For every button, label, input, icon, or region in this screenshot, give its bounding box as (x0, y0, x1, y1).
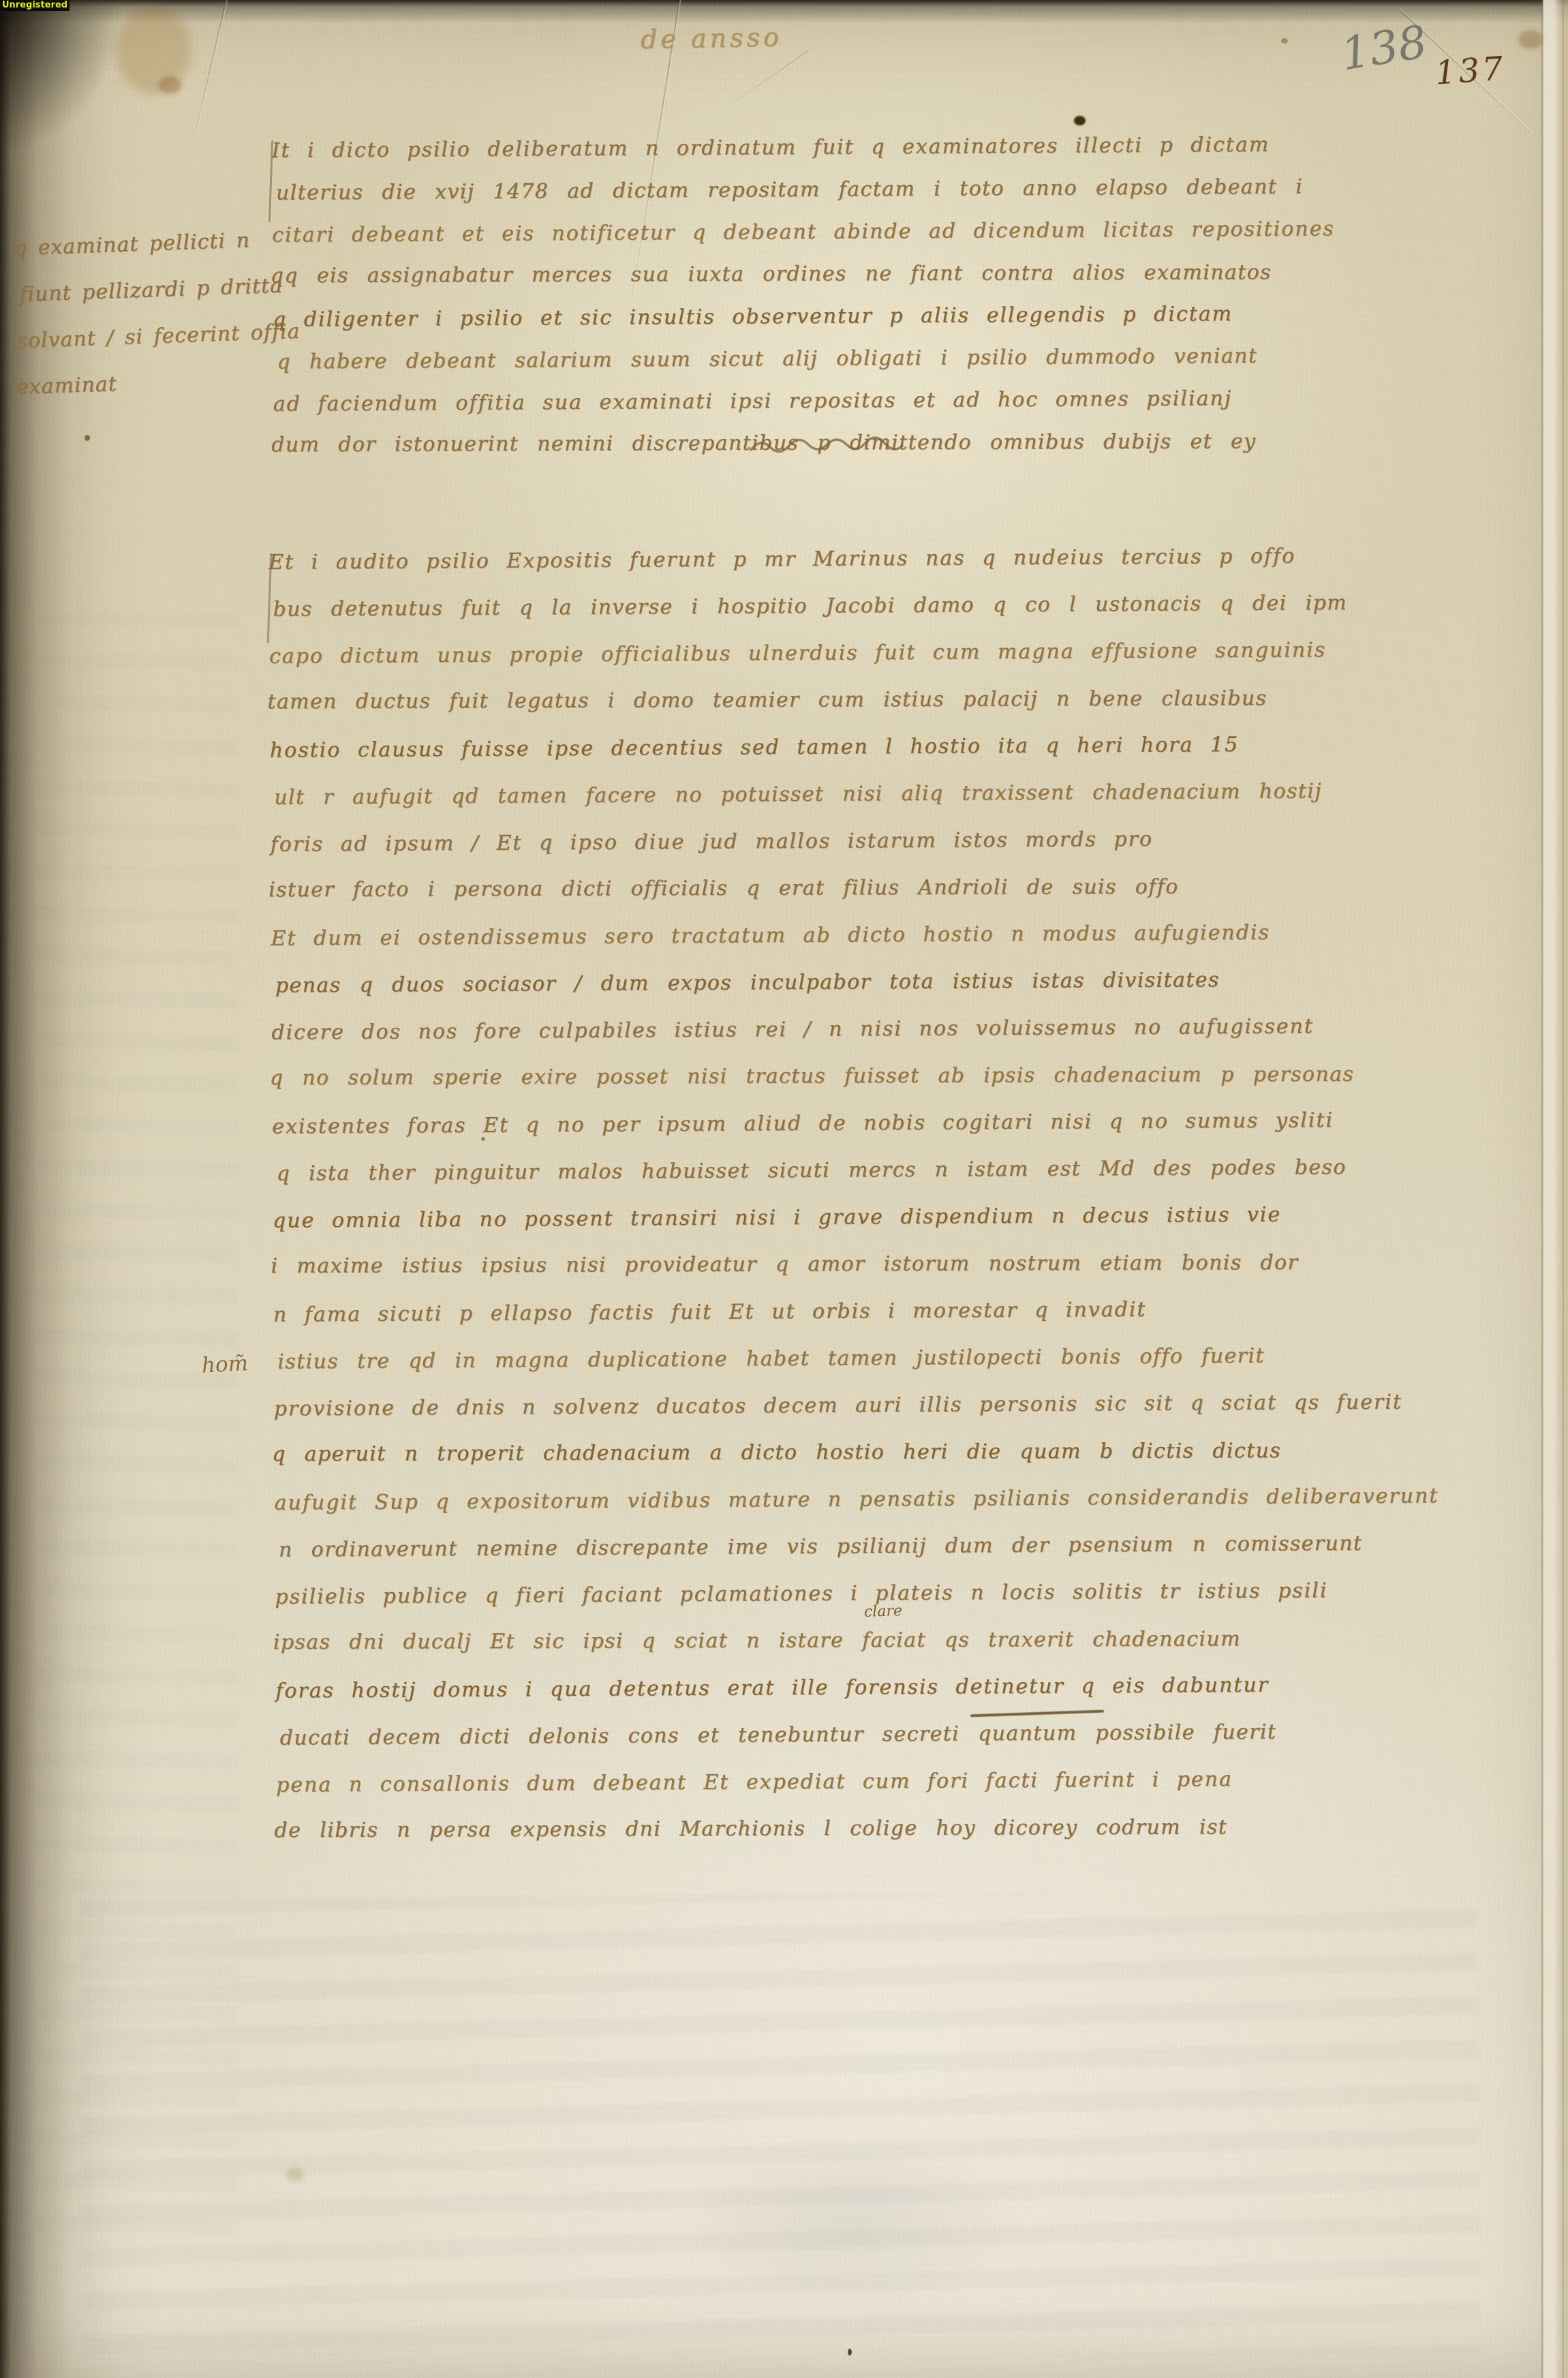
manuscript-line: pena n consallonis dum debeant Et expedi… (276, 1765, 1557, 1820)
margin-note-line: q examinat pellicti n (13, 230, 219, 283)
manuscript-line: ulterius die xvij 1478 ad dictam reposit… (276, 173, 1557, 223)
manuscript-line: dicere dos nos fore culpabiles istius re… (271, 1013, 1552, 1067)
page-edge-crease (1563, 0, 1564, 2378)
manuscript-line: q no solum sperie exire posset nisi trac… (270, 1062, 1551, 1114)
margin-word: hom̃ (201, 1351, 249, 1378)
manuscript-line: ducati decem dicti delonis cons et teneb… (280, 1718, 1561, 1773)
scanner-watermark: Unregistered (1, 0, 70, 11)
stain (1518, 30, 1543, 49)
manuscript-line: capo dictum unus propie officialibus uln… (269, 637, 1550, 691)
margin-note-line: fiunt pellizardi p dritta (19, 276, 225, 329)
manuscript-line: aufugit Sup q expositorum vidibus mature… (275, 1483, 1556, 1538)
verso-showthrough (34, 613, 239, 2249)
manuscript-scan: Unregistered de ansso 138 137 q examinat… (0, 0, 1568, 2378)
manuscript-line: q habere debeant salarium suum sicut ali… (277, 342, 1558, 392)
manuscript-line: ipsas dni ducalj Et sic ipsi q sciat n i… (273, 1626, 1554, 1678)
manuscript-page: Unregistered de ansso 138 137 q examinat… (0, 0, 1568, 2378)
manuscript-line: penas q duos sociasor / dum expos inculp… (275, 966, 1556, 1020)
manuscript-line: de libris n persa expensis dni Marchioni… (275, 1814, 1556, 1866)
margin-note-line: solvant / si fecerint offia (16, 322, 222, 376)
manuscript-line: Et i audito psilio Expositis fuerunt p m… (268, 543, 1550, 597)
manuscript-line: istuer facto i persona dicti officialis … (268, 874, 1550, 926)
manuscript-line: Et dum ei ostendissemus sero tractatum a… (271, 919, 1552, 973)
manuscript-line: qq eis assignabatur merces sua iuxta ord… (271, 260, 1552, 307)
manuscript-line: foras hostij domus i qua detentus erat i… (275, 1671, 1556, 1726)
folio-number-ink: 137 (1434, 49, 1507, 92)
manuscript-line: bus detenutus fuit q la inverse i hospit… (273, 590, 1554, 644)
manuscript-line: q ista ther pinguitur malos habuisset si… (277, 1154, 1558, 1208)
paragraph-block-2: Et i audito psilio Expositis fuerunt p m… (268, 543, 1558, 1867)
page-header: de ansso (641, 22, 783, 55)
manuscript-line: existentes foras Et q no per ipsum aliud… (272, 1107, 1553, 1161)
verso-showthrough (613, 2099, 1090, 2345)
crease-mark (194, 0, 228, 139)
interlinear-word: clare (864, 1602, 903, 1621)
ink-speck (84, 435, 90, 441)
ink-blot (1074, 116, 1086, 125)
manuscript-line: foris ad ipsum / Et q ipso diue jud mall… (271, 825, 1552, 879)
manuscript-line: tamen ductus fuit legatus i domo teamier… (267, 686, 1548, 737)
manuscript-line: ult r aufugit qd tamen facere no potuiss… (274, 778, 1555, 832)
folio-number-pencil: 138 (1338, 16, 1430, 81)
manuscript-line: q aperuit n troperit chadenacium a dicto… (272, 1438, 1553, 1490)
margin-note: q examinat pellicti nfiunt pellizardi p … (13, 230, 224, 422)
manuscript-line: hostio clausus fuisse ipse decentius sed… (270, 731, 1551, 785)
paragraph-block-1: It i dicto psilio deliberatum n ordinatu… (272, 131, 1555, 476)
stain (158, 76, 181, 94)
manuscript-line: q diligenter i psilio et sic insultis ob… (273, 300, 1554, 350)
scribble-mark (748, 433, 919, 461)
manuscript-line: n fama sicuti p ellapso factis fuit Et u… (273, 1295, 1554, 1350)
manuscript-line: psilielis publice q fieri faciant pclama… (275, 1577, 1556, 1632)
manuscript-line: que omnia liba no possent transiri nisi … (273, 1201, 1554, 1255)
manuscript-line: n ordinaverunt nemine discrepante ime vi… (279, 1530, 1560, 1585)
manuscript-line: citari debeant et eis notificetur q debe… (272, 215, 1553, 265)
manuscript-line: ad faciendum offitia sua examinati ipsi … (273, 384, 1554, 434)
manuscript-line: provisione de dnis n solvenz ducatos dec… (274, 1389, 1555, 1444)
margin-note-line: examinat (16, 369, 222, 422)
ink-speck (848, 2349, 852, 2356)
manuscript-line: istius tre qd in magna duplicatione habe… (277, 1342, 1558, 1397)
stain (286, 2167, 304, 2181)
ink-speck (1281, 38, 1288, 44)
crease-mark (719, 50, 809, 113)
manuscript-line: It i dicto psilio deliberatum n ordinatu… (272, 131, 1553, 181)
manuscript-line: i maxime istius ipsius nisi provideatur … (271, 1250, 1552, 1302)
